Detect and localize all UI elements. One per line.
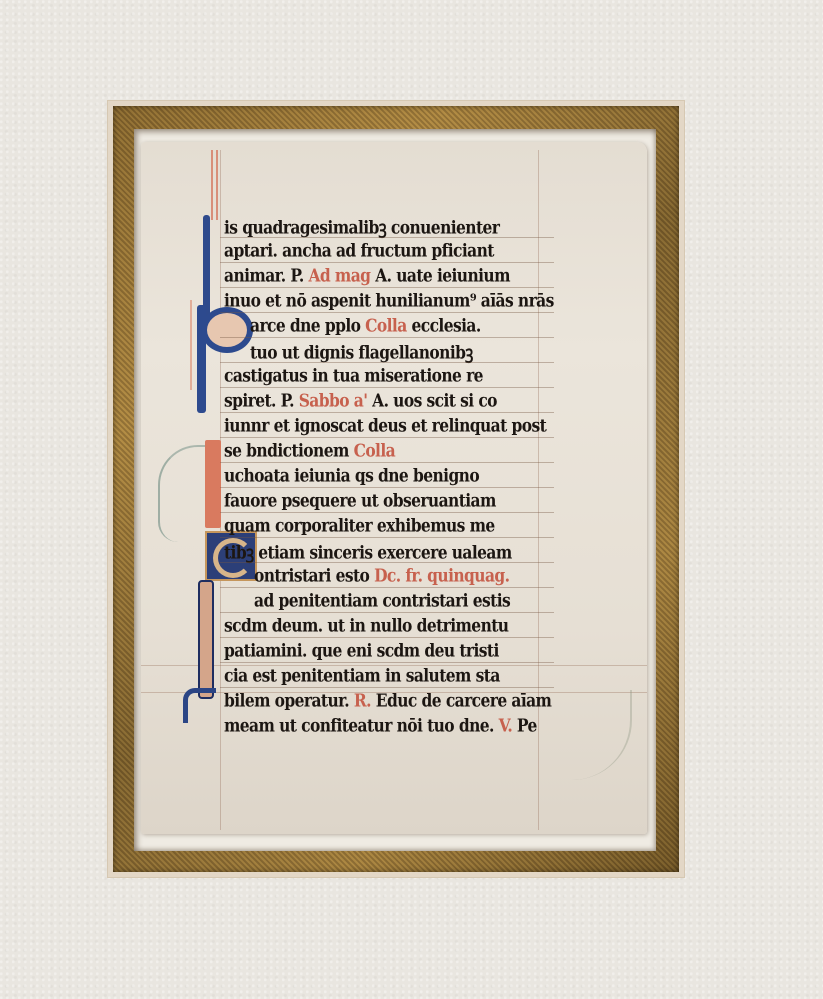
rubric: Colla — [365, 314, 407, 336]
ruling-line — [220, 662, 554, 663]
ruling-line — [220, 262, 554, 263]
ruling-line — [220, 237, 554, 238]
ruling-line — [220, 462, 554, 463]
ruling-line — [538, 150, 539, 830]
initial-I — [205, 440, 221, 528]
rubric: Sabbo a' — [299, 389, 368, 411]
rubric: Ad mag — [308, 264, 370, 286]
rubric: R. — [354, 689, 371, 711]
ruling-line — [220, 287, 554, 288]
ruling-line — [220, 587, 554, 588]
initial-tail — [198, 580, 214, 699]
rubric: Colla — [354, 439, 396, 461]
ruling-line — [220, 337, 554, 338]
ruling-line — [220, 612, 554, 613]
green-penwork-flourish — [158, 445, 210, 542]
ruling-line — [220, 562, 554, 563]
ruling-line — [220, 687, 554, 688]
ruling-line — [220, 437, 554, 438]
ruling-line — [220, 637, 554, 638]
text-line: meam ut confiteatur nōi tuo dne. V. Pe — [224, 714, 537, 744]
initial-hook — [183, 688, 216, 723]
red-penwork-flourish — [211, 150, 213, 220]
ruling-line — [220, 362, 554, 363]
ruling-line — [220, 537, 554, 538]
red-penwork-flourish — [216, 150, 218, 220]
rubric: Dc. fr. quinquag. — [374, 564, 509, 586]
ruling-line — [220, 387, 554, 388]
red-penwork-flourish — [190, 300, 192, 390]
ruling-line — [220, 412, 554, 413]
ruling-line — [220, 312, 554, 313]
ruling-line — [220, 512, 554, 513]
rubric: V. — [499, 714, 513, 736]
ruling-line — [220, 487, 554, 488]
